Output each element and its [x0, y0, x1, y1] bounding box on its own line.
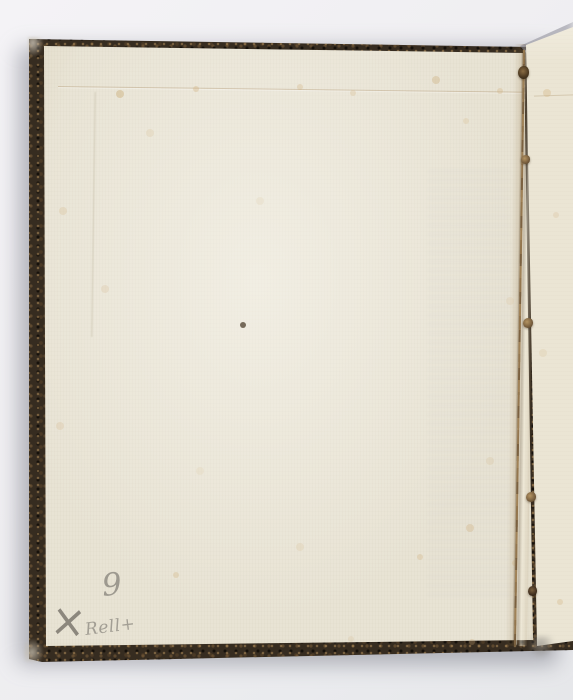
stitch-knot-2 — [521, 155, 530, 164]
stitch-knot-3 — [523, 318, 533, 328]
stitch-knot-4 — [526, 492, 536, 502]
page-gap-shadow — [528, 636, 554, 658]
worn-corner-bottom-left — [24, 638, 44, 662]
photograph-of-open-book: × 9 Rell+ — [0, 0, 573, 700]
pencil-numeral: 9 — [100, 566, 123, 604]
stitch-knot-5 — [528, 586, 537, 596]
stitch-knot-1 — [518, 66, 529, 79]
foxing-spots — [0, 0, 4, 4]
pencil-cross-mark: × — [48, 593, 88, 650]
worn-corner-top-left — [28, 37, 44, 57]
ink-showthrough-ghosting — [428, 170, 510, 600]
